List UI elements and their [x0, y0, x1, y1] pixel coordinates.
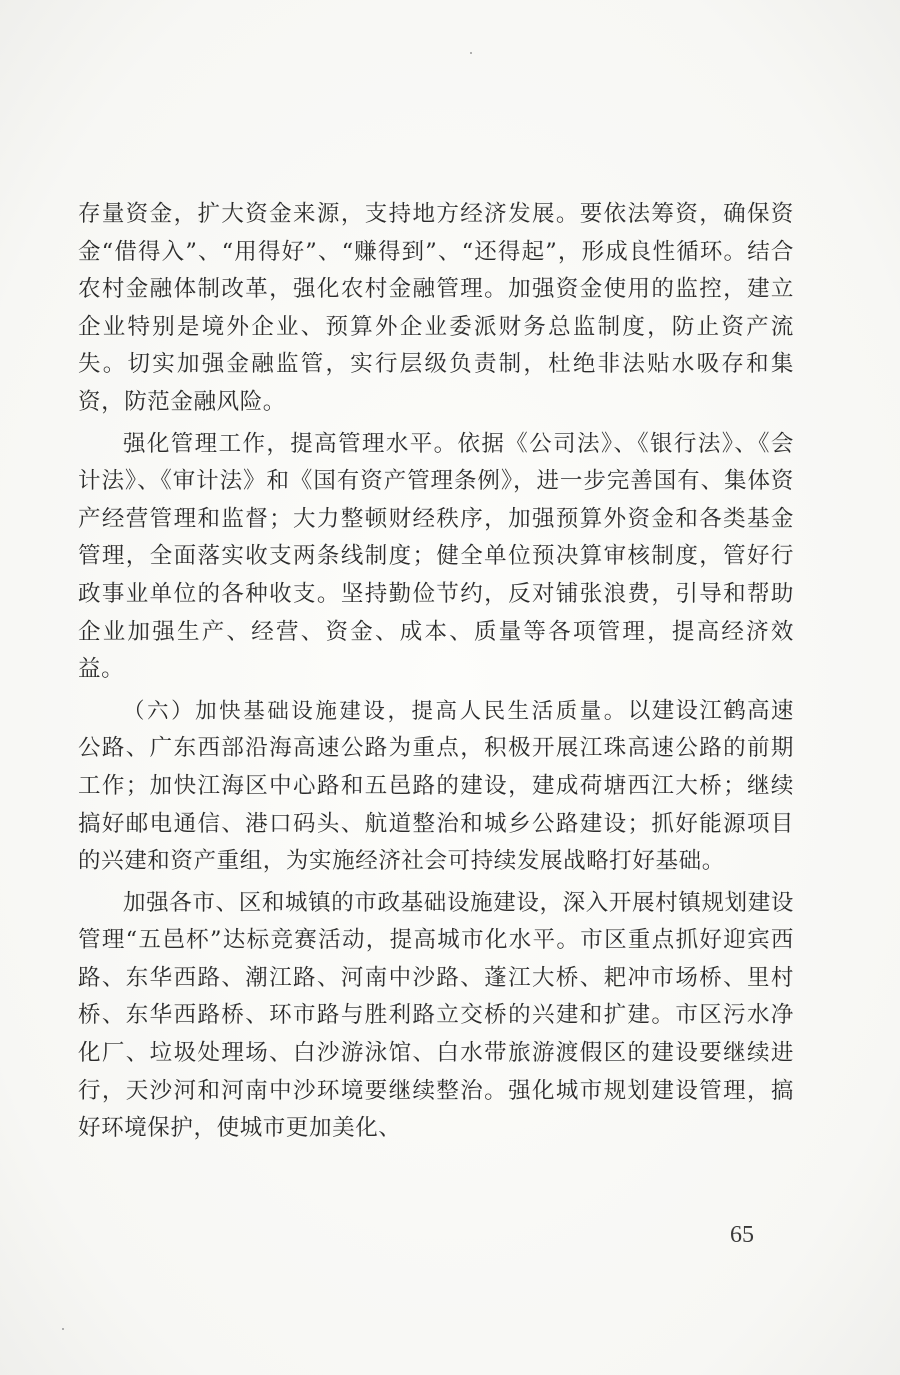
book-page: 存量资金，扩大资金来源，支持地方经济发展。要依法筹资，确保资金“借得入”、“用得…: [0, 0, 900, 1375]
page-number: 65: [730, 1222, 754, 1249]
paragraph-infrastructure: （六）加快基础设施建设，提高人民生活质量。以建设江鹤高速公路、广东西部沿海高速公…: [78, 693, 794, 881]
paragraph-financing: 存量资金，扩大资金来源，支持地方经济发展。要依法筹资，确保资金“借得入”、“用得…: [78, 196, 794, 422]
scan-speck: [470, 52, 472, 54]
paragraph-infrastructure-body: 以建设江鹤高速公路、广东西部沿海高速公路为重点，积极开展江珠高速公路的前期工作；…: [78, 698, 794, 874]
section-heading-six: （六）加快基础设施建设，提高人民生活质量。: [123, 699, 628, 724]
paragraph-municipal: 加强各市、区和城镇的市政基础设施建设，深入开展村镇规划建设管理“五邑杯”达标竞赛…: [78, 885, 794, 1148]
body-text: 存量资金，扩大资金来源，支持地方经济发展。要依法筹资，确保资金“借得入”、“用得…: [78, 196, 794, 1148]
scan-speck: [62, 1328, 64, 1330]
paragraph-management: 强化管理工作，提高管理水平。依据《公司法》、《银行法》、《会计法》、《审计法》和…: [78, 426, 794, 689]
